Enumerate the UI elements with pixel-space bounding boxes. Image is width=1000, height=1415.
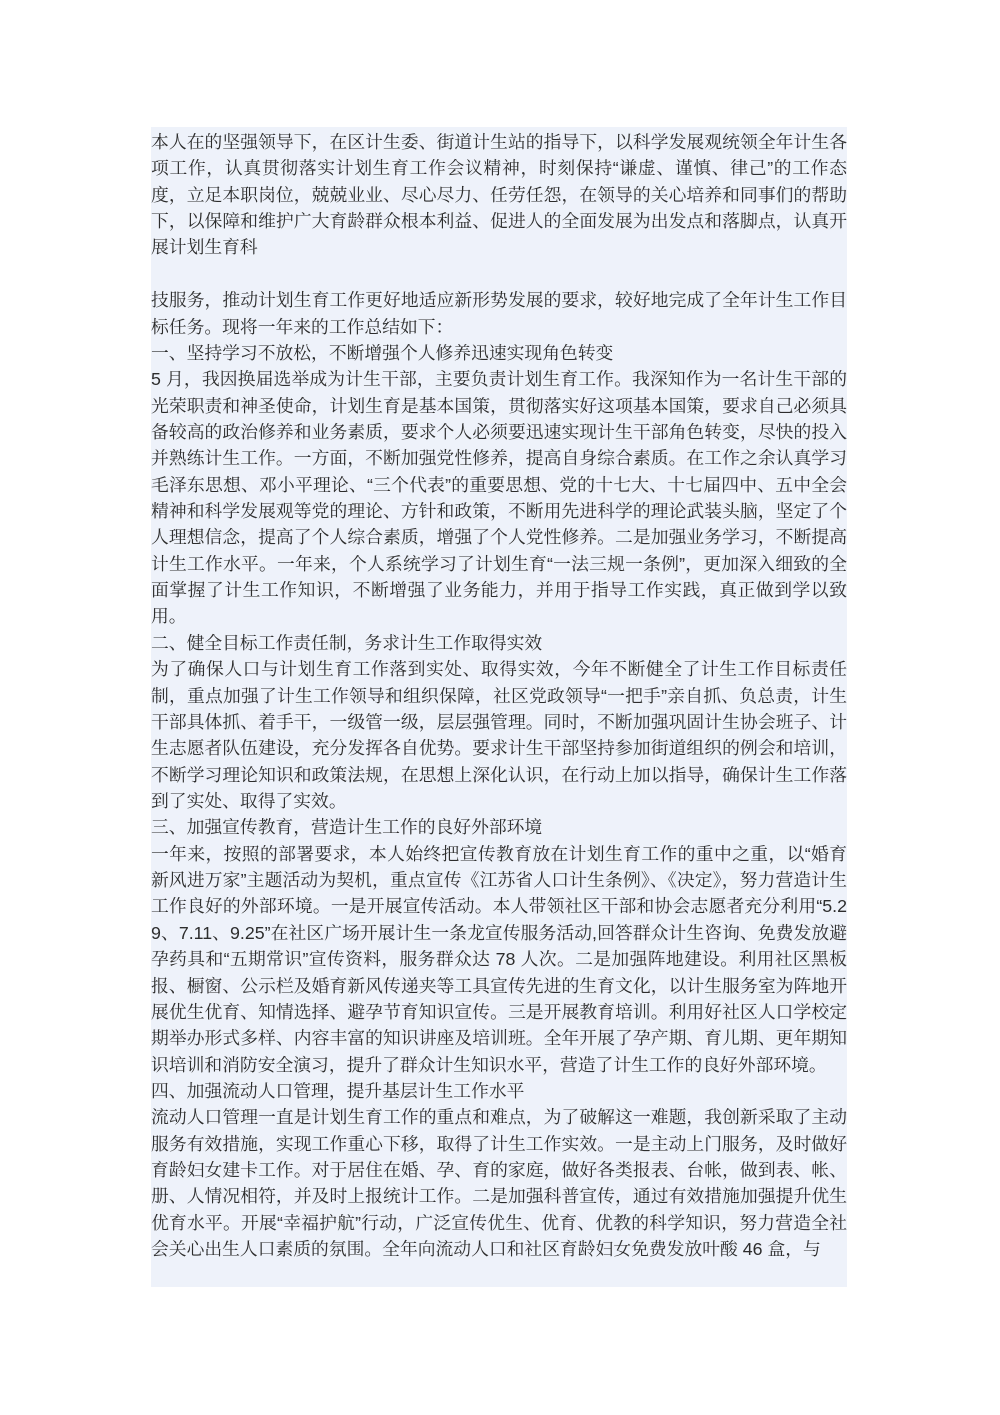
paragraph: 一年来，按照的部署要求，本人始终把宣传教育放在计划生育工作的重中之重，以“婚育新… [151,841,847,1078]
paragraph: 为了确保人口与计划生育工作落到实处、取得实效，今年不断健全了计生工作目标责任制，… [151,656,847,814]
paragraph: 三、加强宣传教育，营造计生工作的良好外部环境 [151,814,847,840]
paragraph: 5 月，我因换届选举成为计生干部，主要负责计划生育工作。我深知作为一名计生干部的… [151,366,847,630]
document-text-block: 本人在的坚强领导下，在区计生委、街道计生站的指导下，以科学发展观统领全年计生各项… [151,127,847,1287]
paragraph [151,261,847,287]
paragraph: 流动人口管理一直是计划生育工作的重点和难点，为了破解这一难题，我创新采取了主动服… [151,1104,847,1262]
paragraph: 二、健全目标工作责任制，务求计生工作取得实效 [151,630,847,656]
paragraph: 四、加强流动人口管理，提升基层计生工作水平 [151,1078,847,1104]
paragraph: 一、坚持学习不放松，不断增强个人修养迅速实现角色转变 [151,340,847,366]
paragraph: 本人在的坚强领导下，在区计生委、街道计生站的指导下，以科学发展观统领全年计生各项… [151,129,847,261]
document-page: 本人在的坚强领导下，在区计生委、街道计生站的指导下，以科学发展观统领全年计生各项… [0,0,1000,1415]
paragraph: 技服务，推动计划生育工作更好地适应新形势发展的要求，较好地完成了全年计生工作目标… [151,287,847,340]
